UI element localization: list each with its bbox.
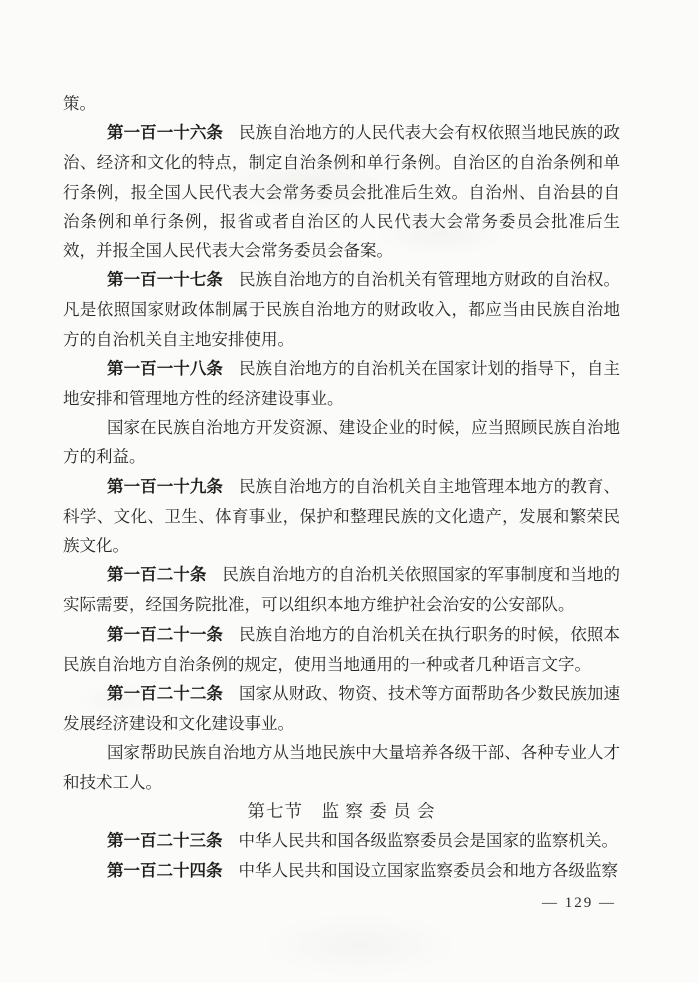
article-118-paragraph-2-text: 国家在民族自治地方开发资源、建设企业的时候，应当照顾民族自治地方的利益。 — [63, 418, 620, 466]
section-7-heading-text: 第七节 监 察 委 员 会 — [248, 801, 436, 821]
article-123-number: 第一百二十三条 — [107, 832, 223, 850]
article-117-number: 第一百一十七条 — [107, 271, 223, 289]
article-122-paragraph-2: 国家帮助民族自治地方从当地民族中大量培养各级干部、各种专业人才和技术工人。 — [63, 738, 620, 796]
article-119-number: 第一百一十九条 — [107, 478, 223, 496]
page-footer: — 129 — — [63, 895, 620, 912]
article-124-text: 中华人民共和国设立国家监察委员会和地方各级监察 — [239, 861, 619, 880]
article-120: 第一百二十条民族自治地方的自治机关依照国家的军事制度和当地的实际需要，经国务院批… — [63, 560, 620, 619]
text-block: 策。 第一百一十六条民族自治地方的人民代表大会有权依照当地民族的政治、经济和文化… — [63, 89, 620, 886]
article-124-number: 第一百二十四条 — [107, 862, 223, 880]
continuation-line: 策。 — [63, 89, 620, 118]
article-117: 第一百一十七条民族自治地方的自治机关有管理地方财政的自治权。凡是依照国家财政体制… — [63, 265, 620, 354]
article-122: 第一百二十二条国家从财政、物资、技术等方面帮助各少数民族加速发展经济建设和文化建… — [63, 679, 620, 738]
article-116: 第一百一十六条民族自治地方的人民代表大会有权依照当地民族的政治、经济和文化的特点… — [63, 118, 620, 265]
article-121: 第一百二十一条民族自治地方的自治机关在执行职务的时候，依照本民族自治地方自治条例… — [63, 620, 620, 679]
article-118-paragraph-2: 国家在民族自治地方开发资源、建设企业的时候，应当照顾民族自治地方的利益。 — [63, 413, 620, 471]
section-7-heading: 第七节 监 察 委 员 会 — [63, 797, 620, 826]
article-123: 第一百二十三条中华人民共和国各级监察委员会是国家的监察机关。 — [63, 826, 620, 856]
scanned-document-page: { "page": { "background_color": "#fbfbf9… — [0, 0, 699, 983]
article-123-text: 中华人民共和国各级监察委员会是国家的监察机关。 — [239, 831, 619, 850]
page-number: — 129 — — [542, 895, 616, 912]
continuation-text: 策。 — [63, 94, 96, 113]
article-120-number: 第一百二十条 — [107, 566, 206, 584]
article-116-text: 民族自治地方的人民代表大会有权依照当地民族的政治、经济和文化的特点，制定自治条例… — [63, 123, 620, 260]
article-118-number: 第一百一十八条 — [107, 360, 223, 378]
article-122-number: 第一百二十二条 — [107, 685, 223, 703]
article-122-paragraph-2-text: 国家帮助民族自治地方从当地民族中大量培养各级干部、各种专业人才和技术工人。 — [63, 743, 620, 791]
article-116-number: 第一百一十六条 — [107, 124, 223, 142]
document-page: 策。 第一百一十六条民族自治地方的人民代表大会有权依照当地民族的政治、经济和文化… — [0, 0, 699, 983]
article-118: 第一百一十八条民族自治地方的自治机关在国家计划的指导下，自主地安排和管理地方性的… — [63, 354, 620, 413]
article-119: 第一百一十九条民族自治地方的自治机关自主地管理本地方的教育、科学、文化、卫生、体… — [63, 472, 620, 561]
article-121-number: 第一百二十一条 — [107, 626, 223, 644]
article-124: 第一百二十四条中华人民共和国设立国家监察委员会和地方各级监察 — [63, 856, 620, 886]
